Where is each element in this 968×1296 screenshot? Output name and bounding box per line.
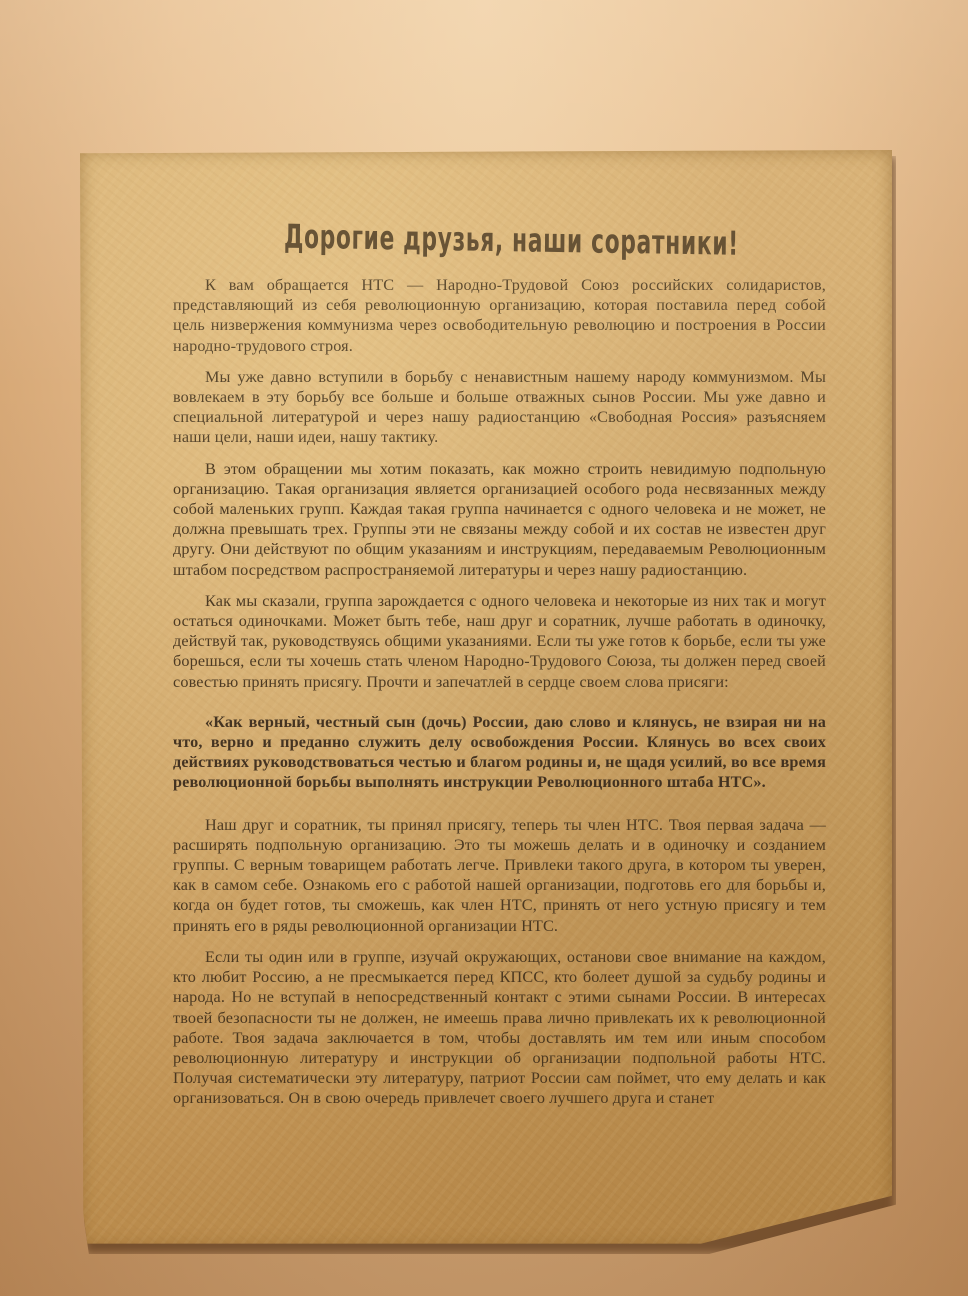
leaflet-title: Дорогие друзья, наши соратники! [284, 217, 715, 263]
leaflet-sheet: Дорогие друзья, наши соратники! К вам об… [80, 150, 892, 1248]
paragraph-organization: В этом обращении мы хотим показать, как … [173, 459, 826, 580]
paragraph-oath: «Как верный, честный сын (дочь) России, … [173, 712, 826, 793]
paragraph-recruitment: Если ты один или в группе, изучай окружа… [173, 947, 826, 1109]
paragraph-struggle: Мы уже давно вступили в борьбу с ненавис… [173, 367, 826, 448]
paragraph-first-task: Наш друг и соратник, ты принял присягу, … [173, 815, 826, 936]
leaflet-content: Дорогие друзья, наши соратники! К вам об… [173, 220, 826, 1109]
paragraph-intro: К вам обращается НТС — Народно-Трудовой … [173, 275, 826, 356]
paragraph-oath-intro: Как мы сказали, группа зарождается с одн… [173, 591, 826, 692]
